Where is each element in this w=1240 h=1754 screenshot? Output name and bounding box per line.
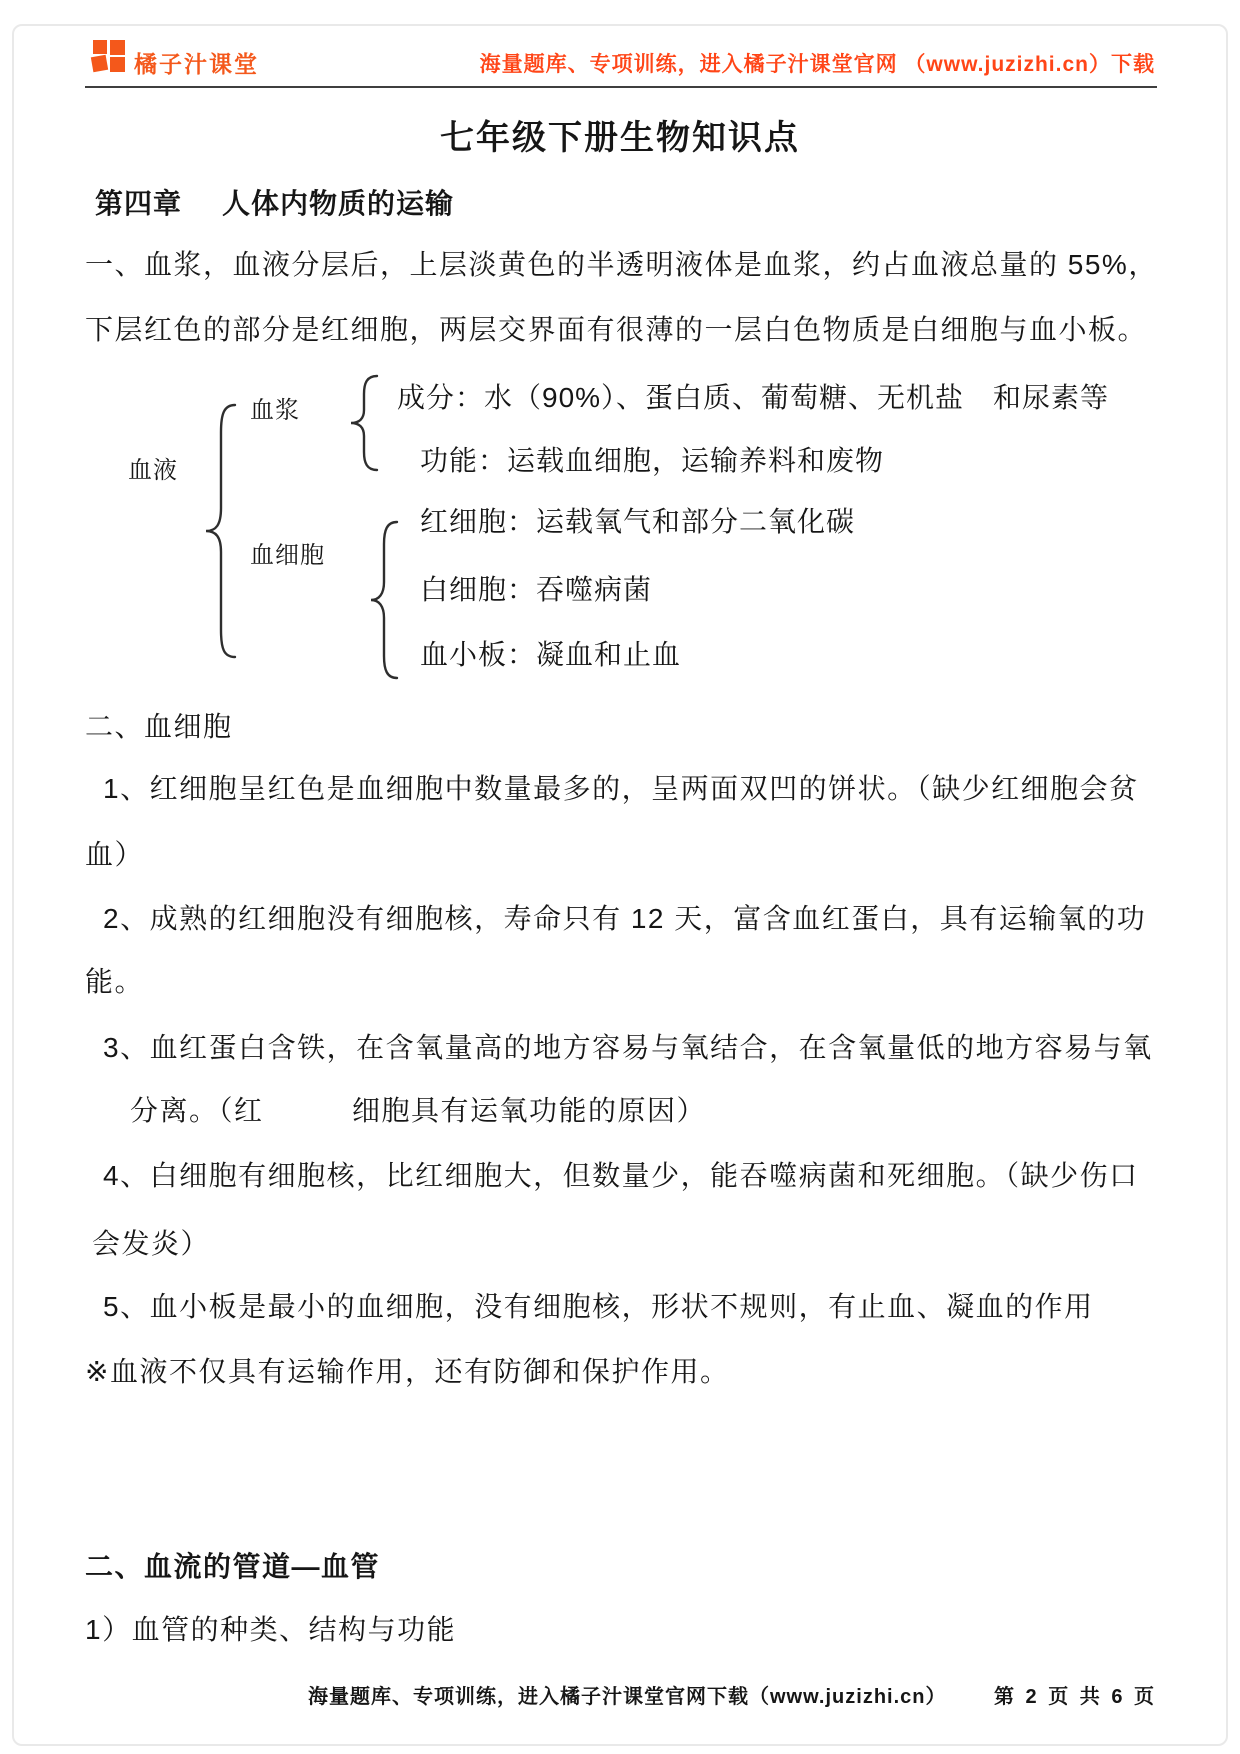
footer-promo-text: 海量题库、专项训练，进入橘子汁课堂官网下载（www.juzizhi.cn）	[308, 1680, 946, 1709]
brand-name: 橘子汁课堂	[134, 46, 259, 79]
page-number: 第 2 页 共 6 页	[994, 1680, 1157, 1709]
paragraph-line: 下层红色的部分是红细胞，两层交界面有很薄的一层白色物质是白细胞与血小板。	[85, 308, 1147, 348]
four-squares-logo-icon	[93, 40, 127, 74]
list-line: 2、成熟的红细胞没有细胞核，寿命只有 12 天，富含血红蛋白，具有运输氧的功	[103, 897, 1146, 937]
list-line: 分离。（红 细胞具有运氧功能的原因）	[130, 1089, 706, 1129]
diagram-root-label: 血液	[128, 450, 178, 485]
white-cells-line: 白细胞：吞噬病菌	[420, 568, 652, 608]
paragraph-line: 一、血浆，血液分层后，上层淡黄色的半透明液体是血浆，约占血液总量的 55%，	[85, 243, 1158, 283]
chapter-number: 第四章	[95, 188, 182, 219]
header-divider	[85, 86, 1157, 88]
list-line: 能。	[85, 960, 144, 1000]
header-promo-text: 海量题库、专项训练，进入橘子汁课堂官网 （www.juzizhi.cn）下载	[480, 48, 1155, 78]
section-heading: 二、血流的管道—血管	[85, 1545, 380, 1585]
list-line: 1、红细胞呈红色是血细胞中数量最多的，呈两面双凹的饼状。（缺少红细胞会贫	[103, 767, 1139, 807]
platelets-line: 血小板：凝血和止血	[420, 633, 681, 673]
plasma-function-line: 功能：运载血细胞，运输养料和废物	[420, 439, 884, 479]
curly-brace-icon	[348, 374, 380, 472]
chapter-heading: 第四章人体内物质的运输	[95, 182, 454, 222]
curly-brace-icon	[368, 520, 400, 680]
list-line: 3、血红蛋白含铁，在含氧量高的地方容易与氧结合，在含氧量低的地方容易与氧	[103, 1026, 1153, 1066]
curly-brace-icon	[203, 402, 239, 660]
list-line: 4、白细胞有细胞核，比红细胞大，但数量少，能吞噬病菌和死细胞。（缺少伤口	[103, 1154, 1139, 1194]
chapter-title: 人体内物质的运输	[222, 188, 454, 219]
note-line: ※血液不仅具有运输作用，还有防御和保护作用。	[85, 1350, 729, 1390]
blood-cells-label: 血细胞	[250, 535, 325, 570]
section-heading: 二、血细胞	[85, 705, 233, 745]
list-line: 血）	[85, 833, 144, 873]
plasma-label: 血浆	[250, 390, 300, 425]
list-line: 5、血小板是最小的血细胞，没有细胞核，形状不规则，有止血、凝血的作用	[103, 1285, 1094, 1325]
list-line: 会发炎）	[92, 1222, 210, 1262]
sub-heading: 1）血管的种类、结构与功能	[85, 1608, 456, 1648]
plasma-composition-line: 成分：水（90%）、蛋白质、葡萄糖、无机盐 和尿素等	[397, 376, 1109, 416]
document-title: 七年级下册生物知识点	[0, 110, 1240, 159]
red-cells-line: 红细胞：运载氧气和部分二氧化碳	[420, 500, 855, 540]
